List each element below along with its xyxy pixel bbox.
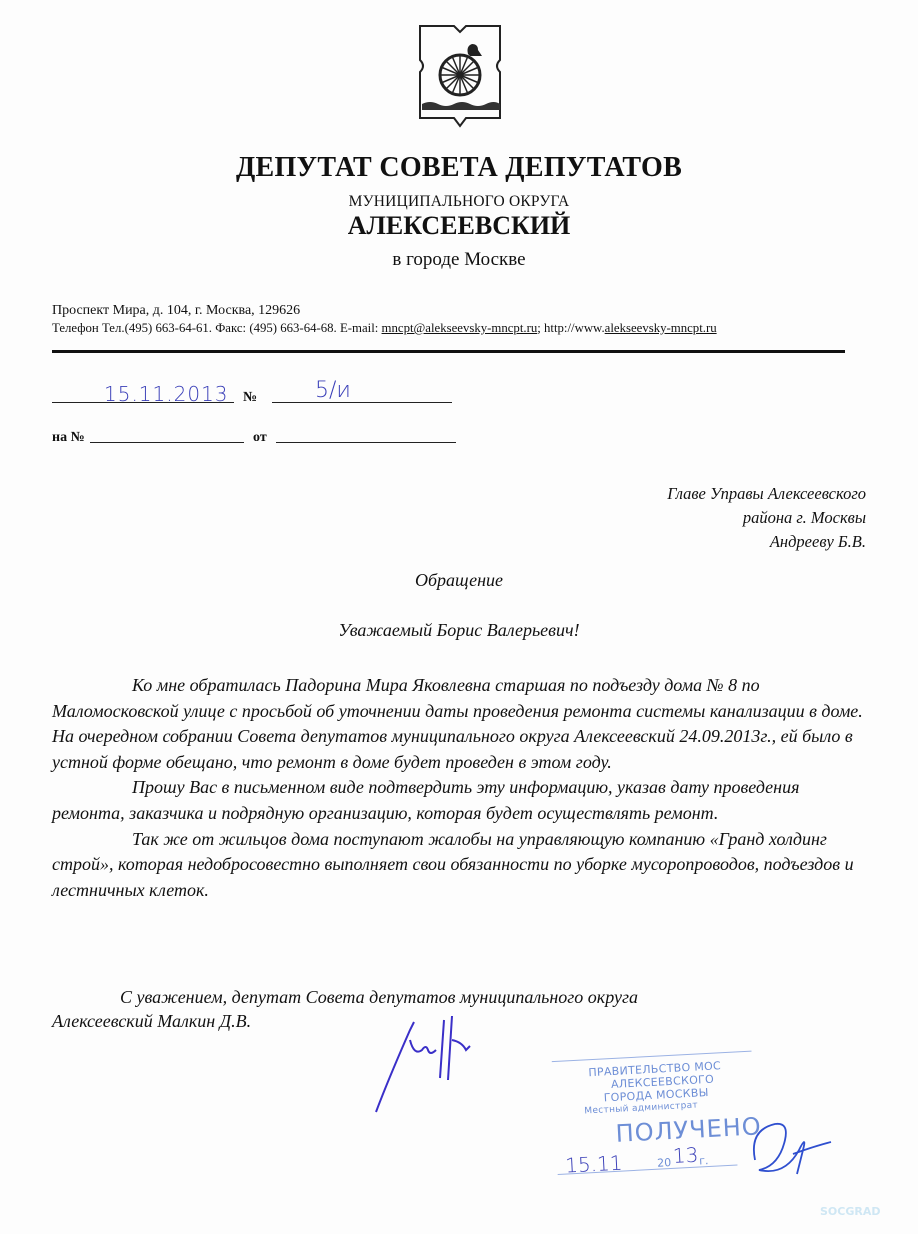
letterhead-title: ДЕПУТАТ СОВЕТА ДЕПУТАТОВ (0, 152, 918, 184)
number-label: № (243, 390, 257, 406)
outgoing-number: 5/и (315, 378, 351, 403)
paragraph: Прошу Вас в письменном виде подтвердить … (52, 775, 872, 826)
reference-date-label: от (253, 430, 267, 446)
paragraph: Ко мне обратилась Падорина Мира Яковлевн… (52, 673, 872, 775)
coat-of-arms-icon (414, 20, 506, 132)
letterhead-city: в городе Москве (0, 249, 918, 271)
header-divider (52, 350, 845, 353)
contacts-web-prefix: ; http://www. (537, 321, 604, 335)
stamp-year: 13 (672, 1143, 699, 1168)
paragraph: Так же от жильцов дома поступают жалобы … (52, 827, 872, 904)
signature-icon (370, 1000, 510, 1125)
address: Проспект Мира, д. 104, г. Москва, 129626 (52, 303, 300, 319)
date-underline (52, 402, 234, 403)
signatory: Алексеевский Малкин Д.В. (52, 1009, 638, 1033)
watermark-logo: SOCGRAD (820, 1205, 881, 1218)
letter-body: Ко мне обратилась Падорина Мира Яковлевн… (52, 673, 872, 903)
recipient-line: Главе Управы Алексеевского (667, 482, 866, 506)
recipient-line: Андрееву Б.В. (667, 530, 866, 554)
stamp-signature-icon (745, 1110, 835, 1195)
closing-block: С уважением, депутат Совета депутатов му… (52, 985, 638, 1033)
recipient-line: района г. Москвы (667, 506, 866, 530)
website-link[interactable]: alekseevsky-mncpt.ru (605, 321, 717, 335)
letterhead-subtitle: МУНИЦИПАЛЬНОГО ОКРУГА (0, 193, 918, 211)
closing-line: С уважением, депутат Совета депутатов му… (52, 985, 638, 1009)
contacts-phone-fax: Телефон Тел.(495) 663-64-61. Факс: (495)… (52, 321, 382, 335)
letter-heading: Обращение (0, 570, 918, 591)
reference-number-label: на № (52, 430, 85, 446)
recipient-block: Главе Управы Алексеевского района г. Мос… (667, 482, 866, 554)
reference-date-field (276, 442, 456, 443)
letterhead-district: АЛЕКСЕЕВСКИЙ (0, 211, 918, 241)
email-link[interactable]: mncpt@alekseevsky-mncpt.ru (382, 321, 538, 335)
salutation: Уважаемый Борис Валерьевич! (0, 620, 918, 641)
contacts-line: Телефон Тел.(495) 663-64-61. Факс: (495)… (52, 321, 717, 336)
number-underline (272, 402, 452, 403)
reference-number-field (90, 442, 244, 443)
